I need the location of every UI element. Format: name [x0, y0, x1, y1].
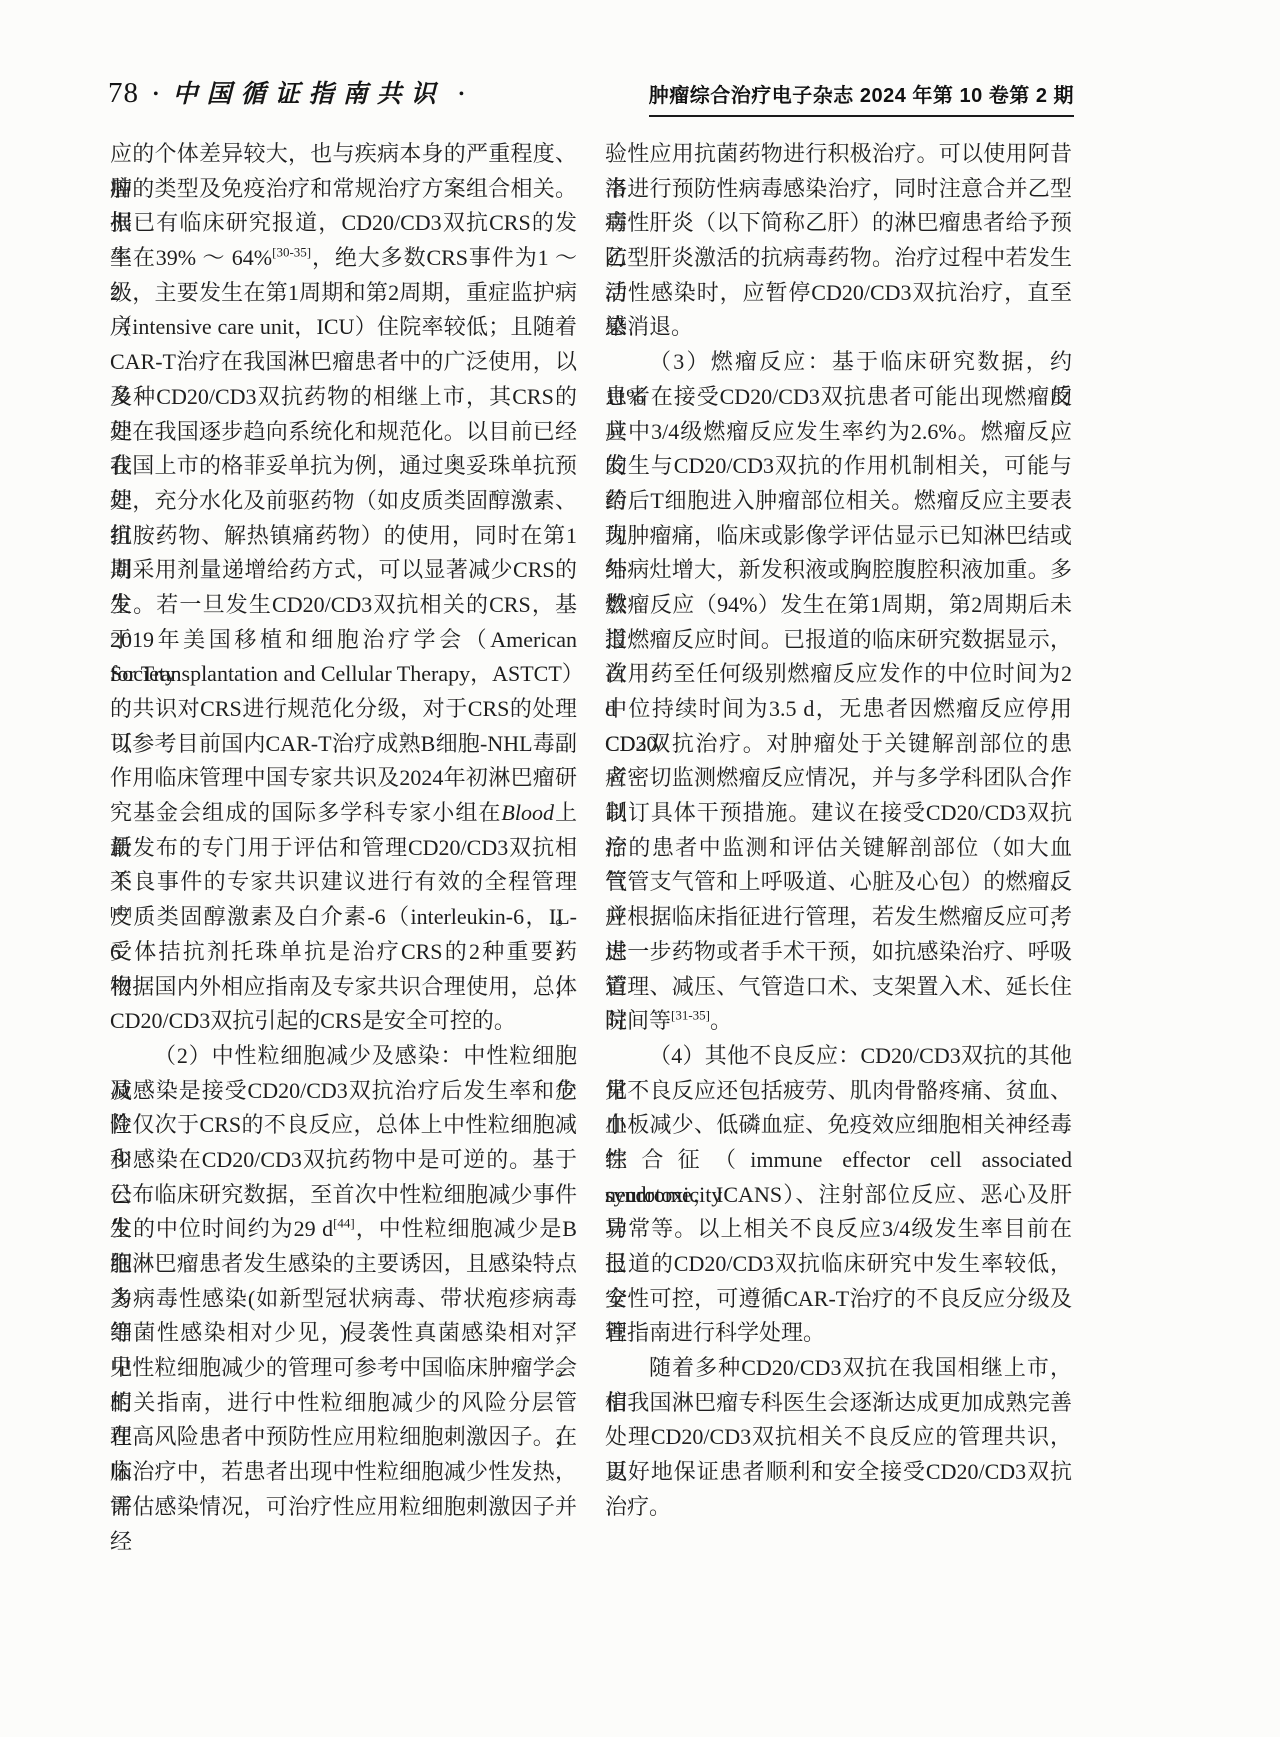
text-segment: 信我国淋巴瘤专科医生会逐渐达成更加成熟完善 [605, 1390, 1072, 1415]
text-line: syndrome，ICANS）、注射部位反应、恶心及肝功 [605, 1178, 1072, 1213]
document-page: 78 • 中国循证指南共识 • 肿瘤综合治疗电子杂志 2024 年第 10 卷第… [0, 0, 1280, 1737]
text-line: 组胺药物、解热镇痛药物）的使用，同时在第1周 [110, 519, 577, 554]
bullet-icon: • [459, 86, 465, 104]
text-line: 生。若一旦发生CD20/CD3双抗相关的CRS，基于 [110, 588, 577, 623]
text-segment: 染消退。 [605, 314, 693, 339]
text-line: 韦进行预防性病毒感染治疗，同时注意合并乙型病 [605, 172, 1072, 207]
text-line: 道燃瘤反应时间。已报道的临床研究数据显示，首 [605, 623, 1072, 658]
text-line: 我国上市的格菲妥单抗为例，通过奥妥珠单抗预处 [110, 449, 577, 484]
text-line: 应的个体差异较大，也与疾病本身的严重程度、肿 [110, 137, 577, 172]
text-segment: 率在39% ～ 64% [110, 245, 272, 270]
text-segment: for Transplantation and Cellular Therapy… [110, 661, 584, 686]
text-line: 毒性肝炎（以下简称乙肝）的淋巴瘤患者给予预防 [605, 206, 1072, 241]
text-line: 2019年美国移植和细胞治疗学会（American Society [110, 623, 577, 658]
text-line: 理在我国逐步趋向系统化和规范化。以目前已经在 [110, 415, 577, 450]
text-line: 据已有临床研究报道，CD20/CD3双抗CRS的发生 [110, 206, 577, 241]
text-line: CD20/CD3双抗引起的CRS是安全可控的。 [110, 1004, 577, 1039]
text-line: CD3双抗治疗。对肿瘤处于关键解剖部位的患者， [605, 727, 1072, 762]
text-line: 信我国淋巴瘤专科医生会逐渐达成更加成熟完善 [605, 1386, 1072, 1421]
text-line: 和感染在CD20/CD3双抗药物中是可逆的。基于已 [110, 1143, 577, 1178]
text-line: 随着多种CD20/CD3双抗在我国相继上市，相 [605, 1351, 1072, 1386]
text-line: for Transplantation and Cellular Therapy… [110, 657, 577, 692]
text-line: （4）其他不良反应：CD20/CD3双抗的其他常 [605, 1039, 1072, 1074]
text-line: 发生与CD20/CD3双抗的作用机制相关，可能与给 [605, 449, 1072, 484]
text-line: 患者在接受CD20/CD3双抗患者可能出现燃瘤反应， [605, 380, 1072, 415]
text-line: 次用药至任何级别燃瘤反应发作的中位时间为2 d， [605, 657, 1072, 692]
text-line: （intensive care unit，ICU）住院率较低；且随着 [110, 310, 577, 345]
text-line: 级，主要发生在第1周期和第2周期，重症监护病房 [110, 276, 577, 311]
text-line: 以参考目前国内CAR-T治疗成熟B细胞-NHL毒副 [110, 727, 577, 762]
text-line: 及感染是接受CD20/CD3双抗治疗后发生率和危险 [110, 1074, 577, 1109]
citation-superscript: [30-35] [272, 245, 311, 260]
bullet-icon: • [153, 86, 159, 104]
header-left: 78 • 中国循证指南共识 • [108, 74, 464, 110]
citation-superscript: [31-35] [671, 1008, 710, 1023]
page-header: 78 • 中国循证指南共识 • 肿瘤综合治疗电子杂志 2024 年第 10 卷第… [108, 74, 1074, 122]
text-segment: 作用临床管理中国专家共识及2024年初淋巴瘤研 [110, 765, 577, 790]
text-line: 率在39% ～ 64%[30-35]，绝大多数CRS事件为1 ～ 2 [110, 241, 577, 276]
text-line: 乙型肝炎激活的抗病毒药物。治疗过程中若发生活 [605, 241, 1072, 276]
section-title: 中国循证指南共识 [173, 74, 445, 110]
text-line: 胞淋巴瘤患者发生感染的主要诱因，且感染特点多 [110, 1247, 577, 1282]
text-segment: 以参考目前国内CAR-T治疗成熟B细胞-NHL毒副 [110, 731, 577, 756]
text-line: 理，充分水化及前驱药物（如皮质类固醇激素、抗 [110, 484, 577, 519]
text-line: 细菌性感染相对少见，侵袭性真菌感染相对罕见。 [110, 1316, 577, 1351]
text-line: （2）中性粒细胞减少及感染：中性粒细胞减少 [110, 1039, 577, 1074]
text-segment: 生的中位时间约为29 d [110, 1216, 333, 1241]
text-line: CAR-T治疗在我国淋巴瘤患者中的广泛使用，以及 [110, 345, 577, 380]
text-line: 在高风险患者中预防性应用粒细胞刺激因子。在临 [110, 1420, 577, 1455]
text-line: 其中3/4级燃瘤反应发生率约为2.6%。燃瘤反应的 [605, 415, 1072, 450]
text-line: 处理CD20/CD3双抗相关不良反应的管理共识，以 [605, 1420, 1072, 1455]
text-line: 床治疗中，若患者出现中性粒细胞减少性发热，需 [110, 1455, 577, 1490]
text-line: 治疗。 [605, 1490, 1072, 1525]
text-line: 异常等。以上相关不良反应3/4级发生率目前在已 [605, 1212, 1072, 1247]
text-line: 全性可控，可遵循CAR-T治疗的不良反应分级及管 [605, 1282, 1072, 1317]
text-line: 性仅次于CRS的不良反应，总体上中性粒细胞减少 [110, 1108, 577, 1143]
text-line: 皮质类固醇激素及白介素-6（interleukin-6，IL-6） [110, 900, 577, 935]
text-line: 评估感染情况，可治疗性应用粒细胞刺激因子并经 [110, 1490, 577, 1525]
text-line: 疗的患者中监测和评估关键解剖部位（如大血管、 [605, 831, 1072, 866]
text-line: 验性应用抗菌药物进行积极治疗。可以使用阿昔洛 [605, 137, 1072, 172]
text-line: 期采用剂量递增给药方式，可以显著减少CRS的发 [110, 553, 577, 588]
text-segment: 治疗。 [605, 1494, 671, 1519]
text-line: 中位持续时间为3.5 d，无患者因燃瘤反应停用CD20/ [605, 692, 1072, 727]
article-body: 应的个体差异较大，也与疾病本身的严重程度、肿瘤的类型及免疫治疗和常规治疗方案组合… [110, 137, 1072, 1525]
text-line: 制订具体干预措施。建议在接受CD20/CD3双抗治 [605, 796, 1072, 831]
text-line: 作用临床管理中国专家共识及2024年初淋巴瘤研 [110, 761, 577, 796]
text-line: 时间等[31-35]。 [605, 1004, 1072, 1039]
journal-issue-title: 肿瘤综合治疗电子杂志 2024 年第 10 卷第 2 期 [649, 79, 1074, 117]
text-line: 气管支气管和上呼吸道、心脏及心包）的燃瘤反应， [605, 865, 1072, 900]
right-column: 验性应用抗菌药物进行积极治疗。可以使用阿昔洛韦进行预防性病毒感染治疗，同时注意合… [605, 137, 1072, 1525]
text-line: 药后T细胞进入肿瘤部位相关。燃瘤反应主要表现 [605, 484, 1072, 519]
text-line: 的共识对CRS进行规范化分级，对于CRS的处理可 [110, 692, 577, 727]
text-line: 见不良反应还包括疲劳、肌肉骨骼疼痛、贫血、血 [605, 1074, 1072, 1109]
text-line: 小板减少、低磷血症、免疫效应细胞相关神经毒性 [605, 1108, 1072, 1143]
text-segment: 理指南进行科学处理。 [605, 1320, 825, 1345]
text-line: 根据国内外相应指南及专家共识合理使用，总体 [110, 970, 577, 1005]
text-line: 动性感染时，应暂停CD20/CD3双抗治疗，直至感 [605, 276, 1072, 311]
text-line: 相关指南，进行中性粒细胞减少的风险分层管理， [110, 1386, 577, 1421]
text-segment: 评估感染情况，可治疗性应用粒细胞刺激因子并经 [110, 1494, 577, 1554]
text-line: 多种CD20/CD3双抗药物的相继上市，其CRS的处 [110, 380, 577, 415]
text-segment: （intensive care unit，ICU）住院率较低；且随着 [110, 314, 577, 339]
text-segment: CD20/CD3双抗引起的CRS是安全可控的。 [110, 1008, 516, 1033]
text-segment: 更好地保证患者顺利和安全接受CD20/CD3双抗 [605, 1459, 1072, 1484]
text-line: 究基金会组成的国际多学科专家小组在Blood上最 [110, 796, 577, 831]
text-segment: 究基金会组成的国际多学科专家小组在 [110, 800, 501, 825]
text-line: （3）燃瘤反应：基于临床研究数据，约11%的 [605, 345, 1072, 380]
text-line: 新发布的专门用于评估和管理CD20/CD3双抗相关 [110, 831, 577, 866]
text-line: 为病毒性感染(如新型冠状病毒、带状疱疹病毒等)， [110, 1282, 577, 1317]
text-line: 并根据临床指征进行管理，若发生燃瘤反应可考虑 [605, 900, 1072, 935]
page-number: 78 [108, 77, 139, 110]
text-line: 更好地保证患者顺利和安全接受CD20/CD3双抗 [605, 1455, 1072, 1490]
text-segment: 不良事件的专家共识建议进行有效的全程管理 [110, 869, 577, 894]
text-line: 瘤的类型及免疫治疗和常规治疗方案组合相关。根 [110, 172, 577, 207]
left-column: 应的个体差异较大，也与疾病本身的严重程度、肿瘤的类型及免疫治疗和常规治疗方案组合… [110, 137, 577, 1525]
text-line: 不良事件的专家共识建议进行有效的全程管理[43]。 [110, 865, 577, 900]
text-line: 燃瘤反应（94%）发生在第1周期，第2周期后未报 [605, 588, 1072, 623]
citation-superscript: [44] [333, 1216, 355, 1231]
text-line: 中性粒细胞减少的管理可参考中国临床肿瘤学会的 [110, 1351, 577, 1386]
text-line: 为肿瘤痛，临床或影像学评估显示已知淋巴结或结 [605, 519, 1072, 554]
text-segment: 根据国内外相应指南及专家共识合理使用，总体 [110, 974, 577, 999]
text-line: 外病灶增大，新发积液或胸腔腹腔积液加重。多数 [605, 553, 1072, 588]
text-line: 理指南进行科学处理。 [605, 1316, 1072, 1351]
text-line: 染消退。 [605, 310, 1072, 345]
text-line: 管理、减压、气管造口术、支架置入术、延长住院 [605, 970, 1072, 1005]
text-line: 进一步药物或者手术干预，如抗感染治疗、呼吸道 [605, 935, 1072, 970]
text-line: 应密切监测燃瘤反应情况，并与多学科团队合作以 [605, 761, 1072, 796]
text-line: 报道的CD20/CD3双抗临床研究中发生率较低，安 [605, 1247, 1072, 1282]
text-line: 综合征（immune effector cell associated neur… [605, 1143, 1072, 1178]
italic-journal-name: Blood [501, 800, 554, 825]
text-line: 受体拮抗剂托珠单抗是治疗CRS的2种重要药物， [110, 935, 577, 970]
text-segment: 时间等 [605, 1008, 671, 1033]
text-line: 公布临床研究数据，至首次中性粒细胞减少事件发 [110, 1178, 577, 1213]
text-segment: 。 [710, 1008, 732, 1033]
text-line: 生的中位时间约为29 d[44]，中性粒细胞减少是B细 [110, 1212, 577, 1247]
